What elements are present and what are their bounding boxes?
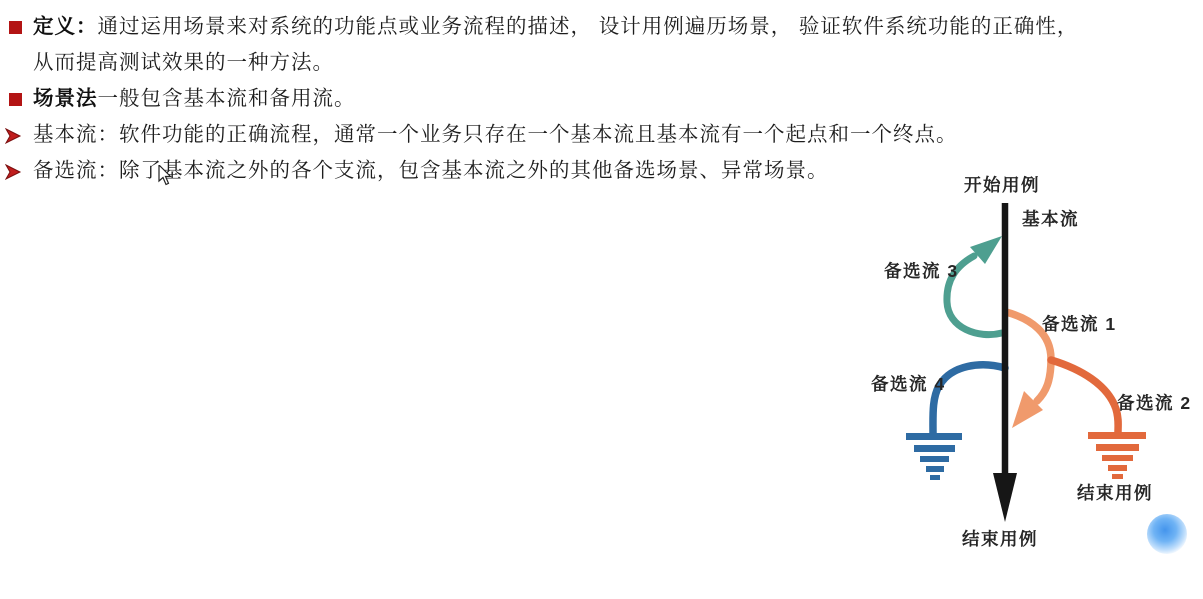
pointer-highlight-dot bbox=[1147, 514, 1187, 554]
basic-flow-line: 基本流：软件功能的正确流程，通常一个业务只存在一个基本流且基本流有一个起点和一个… bbox=[5, 123, 958, 147]
square-bullet-icon bbox=[9, 21, 22, 34]
basic-flow-label: 基本流 bbox=[1022, 206, 1079, 231]
arrow-bullet-icon bbox=[5, 163, 22, 181]
scenario-method-line: 场景法一般包含基本流和备用流。 bbox=[9, 87, 356, 111]
end-usecase-label-bottom: 结束用例 bbox=[962, 526, 1038, 551]
basic-flow-text: 基本流：软件功能的正确流程，通常一个业务只存在一个基本流且基本流有一个起点和一个… bbox=[33, 123, 958, 147]
end-usecase-label-right: 结束用例 bbox=[1077, 480, 1153, 505]
alt-flow-2-label: 备选流 2 bbox=[1117, 390, 1192, 415]
alt-flow-3-label: 备选流 3 bbox=[884, 258, 959, 283]
mouse-cursor-icon bbox=[158, 165, 173, 186]
definition-term: 定义： bbox=[33, 15, 98, 38]
alt-flow-1-label: 备选流 1 bbox=[1042, 311, 1117, 336]
scenario-method-text: 场景法一般包含基本流和备用流。 bbox=[33, 87, 356, 111]
scenario-method-term: 场景法 bbox=[33, 87, 98, 110]
definition-line-continued: 从而提高测试效果的一种方法。 bbox=[33, 51, 334, 75]
alt-flow-3-arrow bbox=[947, 236, 1002, 335]
definition-body-2: 从而提高测试效果的一种方法。 bbox=[33, 51, 334, 75]
arrow-bullet-icon bbox=[5, 127, 22, 145]
alt-flow-text: 备选流：除了基本流之外的各个支流，包含基本流之外的其他备选场景、异常场景。 bbox=[33, 159, 829, 183]
scenario-method-body: 一般包含基本流和备用流。 bbox=[98, 87, 356, 110]
square-bullet-icon bbox=[9, 93, 22, 106]
scenario-flow-diagram: 开始用例 基本流 备选流 3 备选流 1 备选流 4 备选流 2 结束用例 结束… bbox=[860, 170, 1203, 580]
alt-flow-2-arrow bbox=[1051, 360, 1146, 479]
alt-flow-4-label: 备选流 4 bbox=[871, 371, 946, 396]
alt-flow-line: 备选流：除了基本流之外的各个支流，包含基本流之外的其他备选场景、异常场景。 bbox=[5, 159, 829, 183]
definition-line: 定义：通过运用场景来对系统的功能点或业务流程的描述， 设计用例遍历场景， 验证软… bbox=[9, 15, 1078, 39]
definition-text: 定义：通过运用场景来对系统的功能点或业务流程的描述， 设计用例遍历场景， 验证软… bbox=[33, 15, 1078, 39]
definition-body: 通过运用场景来对系统的功能点或业务流程的描述， 设计用例遍历场景， 验证软件系统… bbox=[98, 15, 1079, 38]
end-terminator-orange-icon bbox=[1088, 432, 1146, 479]
start-usecase-label: 开始用例 bbox=[964, 172, 1040, 197]
end-terminator-blue-icon bbox=[906, 433, 962, 480]
